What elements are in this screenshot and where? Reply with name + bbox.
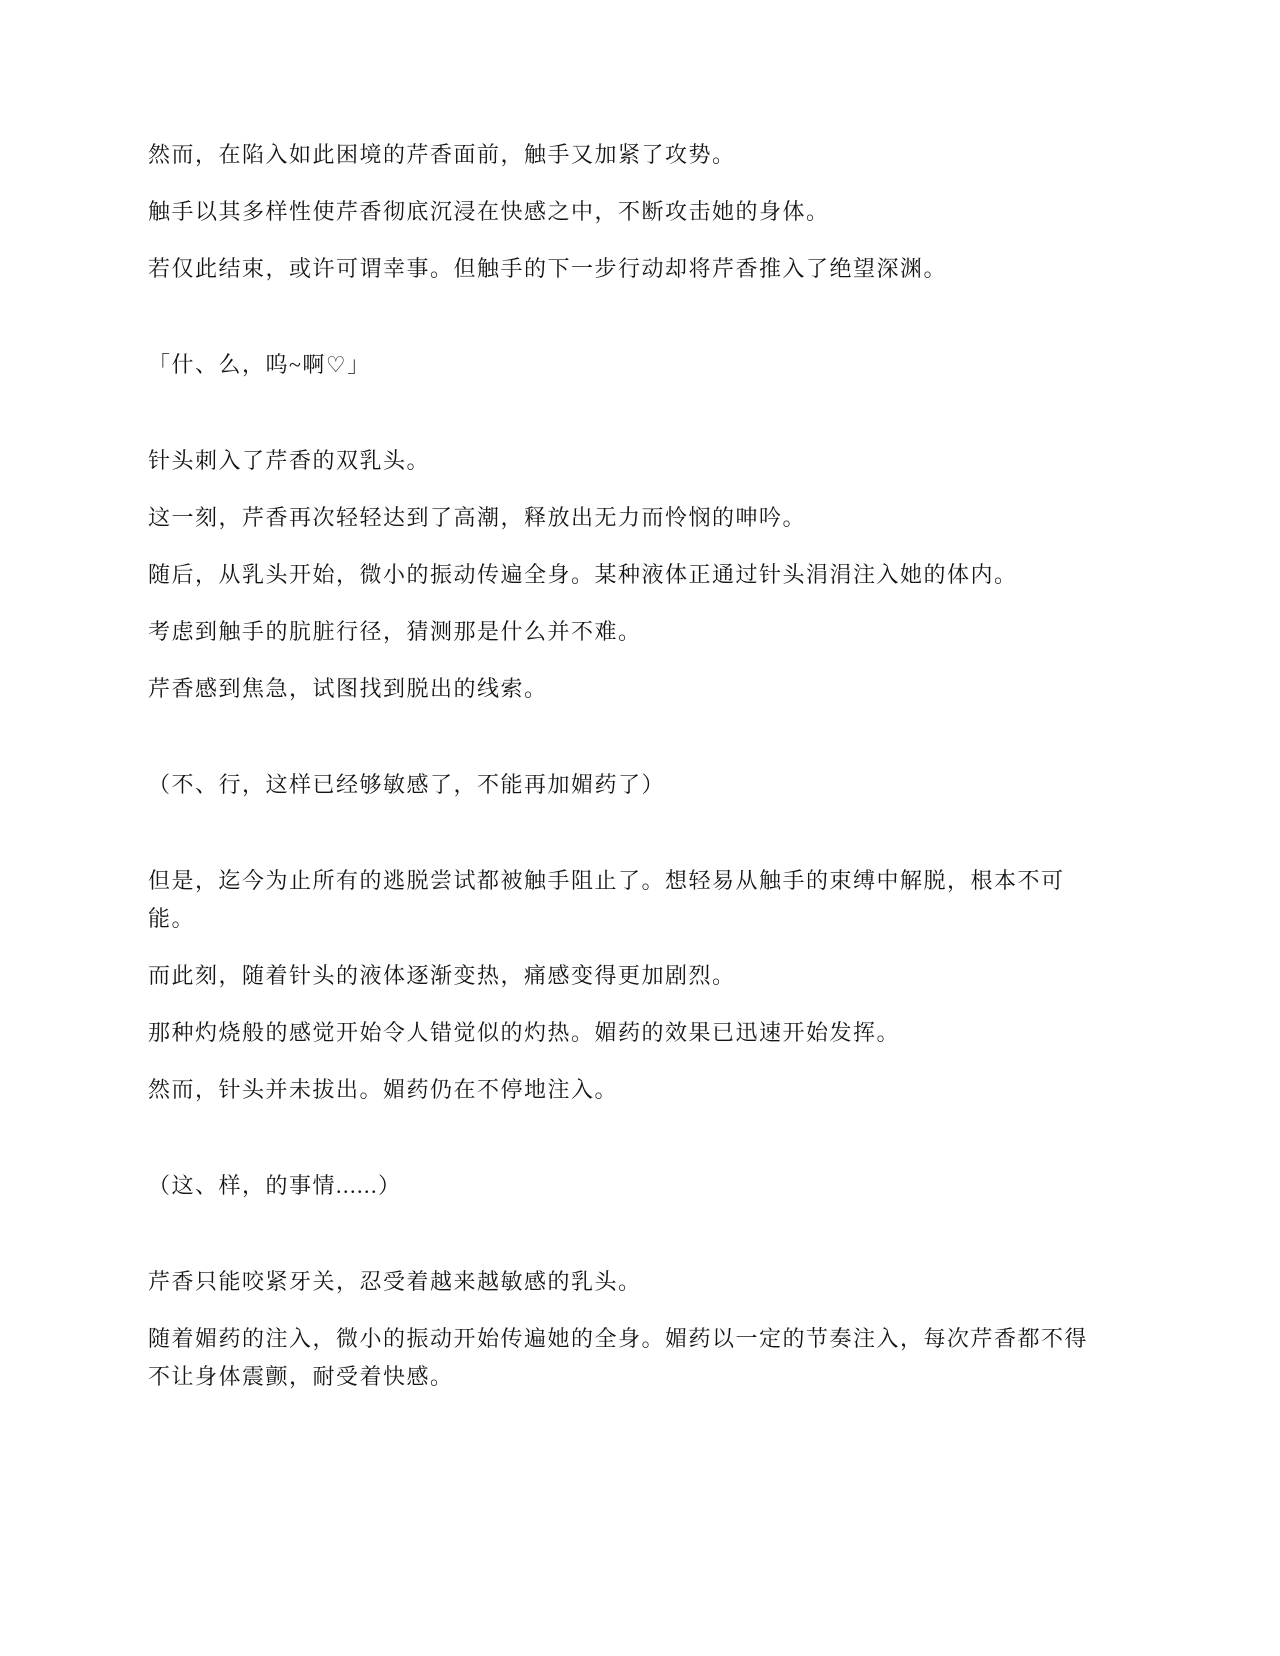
- paragraph: 那种灼烧般的感觉开始令人错觉似的灼热。媚药的效果已迅速开始发挥。: [148, 1014, 1088, 1052]
- paragraph: 随着媚药的注入，微小的振动开始传遍她的全身。媚药以一定的节奏注入，每次芹香都不得…: [148, 1320, 1088, 1396]
- paragraph: 考虑到触手的肮脏行径，猜测那是什么并不难。: [148, 613, 1088, 651]
- paragraph: 随后，从乳头开始，微小的振动传遍全身。某种液体正通过针头涓涓注入她的体内。: [148, 556, 1088, 594]
- paragraph: 若仅此结束，或许可谓幸事。但触手的下一步行动却将芹香推入了绝望深渊。: [148, 250, 1088, 288]
- paragraph: 然而，针头并未拔出。媚药仍在不停地注入。: [148, 1071, 1088, 1109]
- paragraph: 芹香感到焦急，试图找到脱出的线索。: [148, 670, 1088, 708]
- paragraph: 针头刺入了芹香的双乳头。: [148, 442, 1088, 480]
- document-page: 然而，在陷入如此困境的芹香面前，触手又加紧了攻势。触手以其多样性使芹香彻底沉浸在…: [0, 0, 1280, 1656]
- paragraph: 芹香只能咬紧牙关，忍受着越来越敏感的乳头。: [148, 1263, 1088, 1301]
- paragraph: 然而，在陷入如此困境的芹香面前，触手又加紧了攻势。: [148, 136, 1088, 174]
- paragraph: 这一刻，芹香再次轻轻达到了高潮，释放出无力而怜悯的呻吟。: [148, 499, 1088, 537]
- document-content: 然而，在陷入如此困境的芹香面前，触手又加紧了攻势。触手以其多样性使芹香彻底沉浸在…: [148, 136, 1088, 1415]
- paragraph: 触手以其多样性使芹香彻底沉浸在快感之中，不断攻击她的身体。: [148, 193, 1088, 231]
- paragraph: 「什、么，呜~啊♡」: [148, 346, 1088, 384]
- paragraph: 但是，迄今为止所有的逃脱尝试都被触手阻止了。想轻易从触手的束缚中解脱，根本不可能…: [148, 862, 1088, 938]
- paragraph: （不、行，这样已经够敏感了，不能再加媚药了）: [148, 766, 1088, 804]
- paragraph: （这、样，的事情......）: [148, 1167, 1088, 1205]
- paragraph: 而此刻，随着针头的液体逐渐变热，痛感变得更加剧烈。: [148, 957, 1088, 995]
